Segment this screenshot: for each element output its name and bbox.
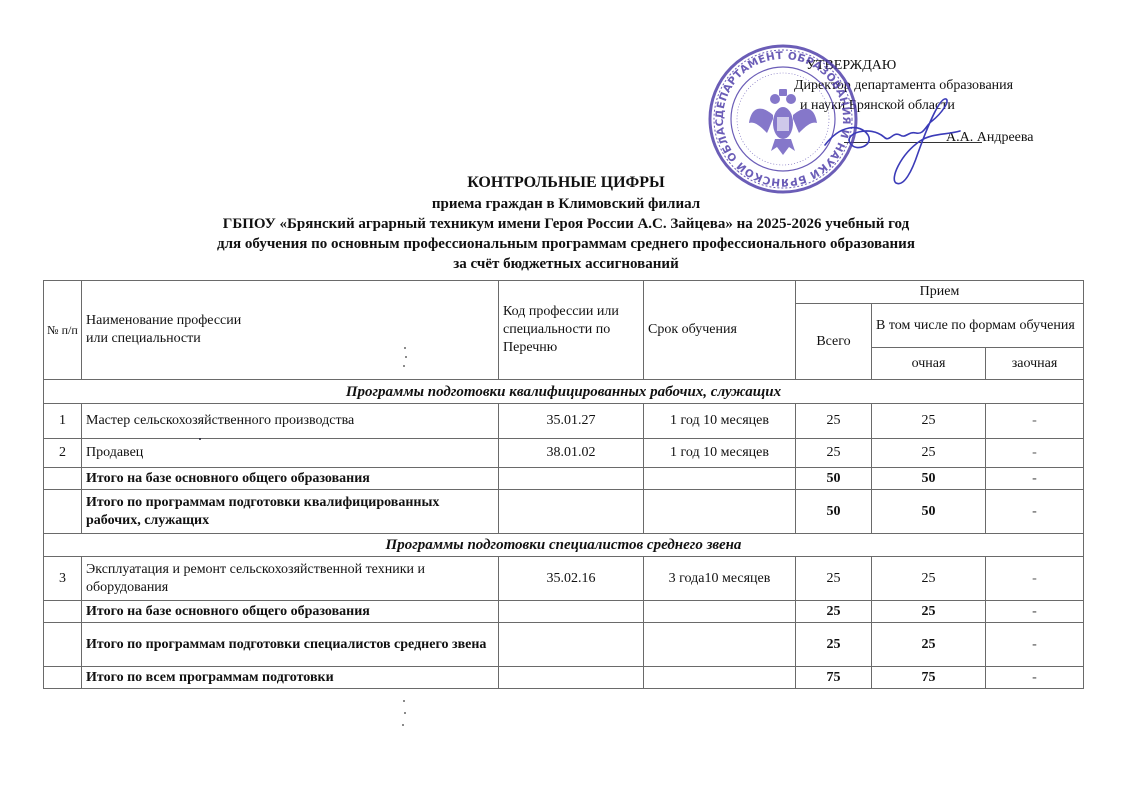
table-row: 2 Продавец 38.01.02 1 год 10 месяцев 25 …: [44, 439, 1084, 468]
row-code: 35.01.27: [499, 404, 644, 439]
grand-total-part-time: -: [986, 667, 1084, 689]
row-term: 1 год 10 месяцев: [644, 439, 796, 468]
scan-speck: [404, 347, 406, 349]
subtotal-label: Итого на базе основного общего образован…: [82, 468, 499, 490]
row-name: Мастер сельскохозяйственного производств…: [82, 404, 499, 439]
subtotal-row: Итого на базе основного общего образован…: [44, 601, 1084, 623]
row-part-time: -: [986, 404, 1084, 439]
row-full-time: 25: [872, 439, 986, 468]
header-total: Всего: [796, 304, 872, 380]
subtotal-part-time: -: [986, 623, 1084, 667]
subtotal-full-time: 25: [872, 623, 986, 667]
subtotal-label: Итого на базе основного общего образован…: [82, 601, 499, 623]
subtotal-full-time: 50: [872, 490, 986, 534]
document-subtitle-1: приема граждан в Климовский филиал: [0, 194, 1132, 214]
scan-speck: [405, 356, 407, 358]
header-admission: Прием: [796, 281, 1084, 304]
row-part-time: -: [986, 557, 1084, 601]
header-full-time: очная: [872, 348, 986, 380]
scan-speck: [402, 724, 404, 726]
subtotal-row: Итого по программам подготовки специалис…: [44, 623, 1084, 667]
grand-total-row: Итого по всем программам подготовки 75 7…: [44, 667, 1084, 689]
table-row: 1 Мастер сельскохозяйственного производс…: [44, 404, 1084, 439]
subtotal-row: Итого по программам подготовки квалифици…: [44, 490, 1084, 534]
subtotal-label: Итого по программам подготовки квалифици…: [82, 490, 499, 534]
row-term: 1 год 10 месяцев: [644, 404, 796, 439]
row-number: 1: [44, 404, 82, 439]
subtotal-total: 50: [796, 468, 872, 490]
table-header-row: № п/п Наименование профессии или специал…: [44, 281, 1084, 304]
scan-speck: [404, 712, 406, 714]
row-code: 35.02.16: [499, 557, 644, 601]
subtotal-full-time: 50: [872, 468, 986, 490]
row-number: 3: [44, 557, 82, 601]
subtotal-part-time: -: [986, 490, 1084, 534]
subtotal-total: 25: [796, 623, 872, 667]
scan-speck: [403, 700, 405, 702]
header-forms: В том числе по формам обучения: [872, 304, 1084, 348]
section-title: Программы подготовки специалистов средне…: [44, 534, 1084, 557]
subtotal-part-time: -: [986, 601, 1084, 623]
subtotal-total: 25: [796, 601, 872, 623]
section-row: Программы подготовки специалистов средне…: [44, 534, 1084, 557]
row-name: Продавец: [82, 439, 499, 468]
table-row: 3 Эксплуатация и ремонт сельскохозяйстве…: [44, 557, 1084, 601]
row-term: 3 года10 месяцев: [644, 557, 796, 601]
row-total: 25: [796, 439, 872, 468]
document-subtitle-4: за счёт бюджетных ассигнований: [0, 254, 1132, 274]
section-title: Программы подготовки квалифицированных р…: [44, 380, 1084, 404]
header-number: № п/п: [44, 281, 82, 380]
subtotal-row: Итого на базе основного общего образован…: [44, 468, 1084, 490]
signature-icon: [820, 95, 970, 190]
grand-total-label: Итого по всем программам подготовки: [82, 667, 499, 689]
row-code: 38.01.02: [499, 439, 644, 468]
row-name: Эксплуатация и ремонт сельскохозяйственн…: [82, 557, 499, 601]
grand-total-full-time: 75: [872, 667, 986, 689]
header-code: Код профессии или специальности по Переч…: [499, 281, 644, 380]
row-part-time: -: [986, 439, 1084, 468]
header-part-time: заочная: [986, 348, 1084, 380]
section-row: Программы подготовки квалифицированных р…: [44, 380, 1084, 404]
subtotal-full-time: 25: [872, 601, 986, 623]
header-name: Наименование профессии или специальности: [82, 281, 499, 380]
scan-speck: [199, 438, 201, 440]
row-full-time: 25: [872, 404, 986, 439]
subtotal-total: 50: [796, 490, 872, 534]
grand-total-total: 75: [796, 667, 872, 689]
row-full-time: 25: [872, 557, 986, 601]
admission-quota-table: № п/п Наименование профессии или специал…: [43, 280, 1084, 689]
subtotal-label: Итого по программам подготовки специалис…: [82, 623, 499, 667]
row-total: 25: [796, 557, 872, 601]
document-subtitle-3: для обучения по основным профессиональны…: [0, 234, 1132, 254]
subtotal-part-time: -: [986, 468, 1084, 490]
document-subtitle-2: ГБПОУ «Брянский аграрный техникум имени …: [0, 214, 1132, 234]
row-total: 25: [796, 404, 872, 439]
scan-speck: [403, 365, 405, 367]
header-term: Срок обучения: [644, 281, 796, 380]
row-number: 2: [44, 439, 82, 468]
